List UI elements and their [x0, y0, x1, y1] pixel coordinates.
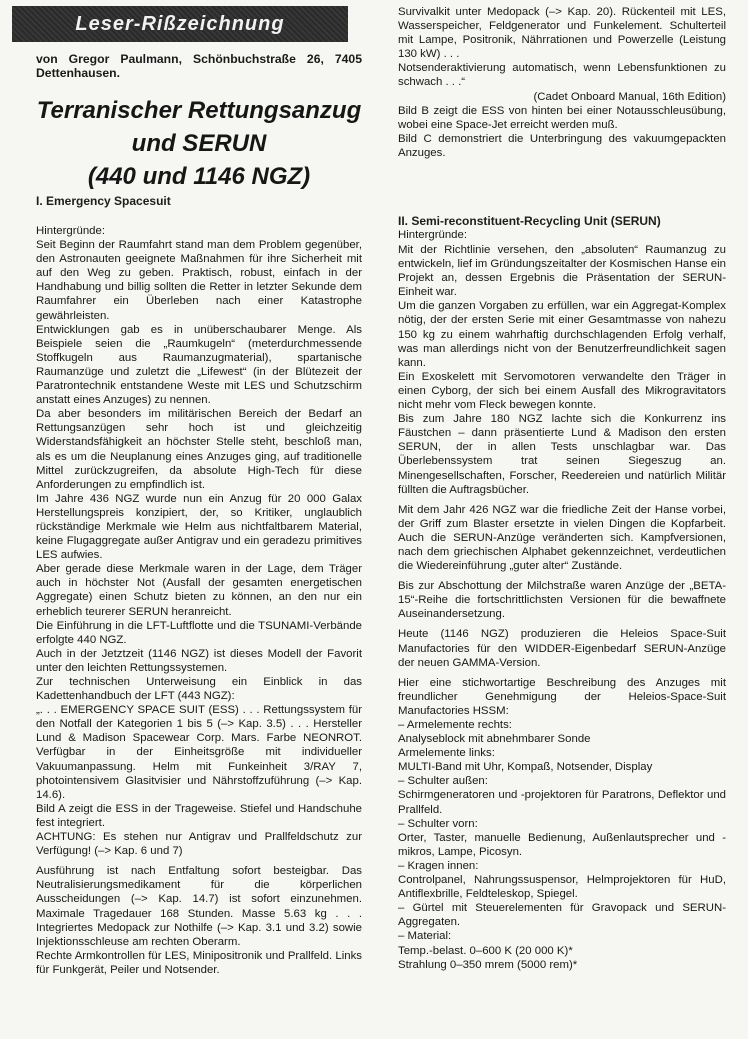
paragraph: Hintergründe:: [36, 224, 362, 238]
spec-line: Temp.-belast. 0–600 K (20 000 K)*: [398, 944, 726, 958]
spec-line: MULTI-Band mit Uhr, Kompaß, Notsender, D…: [398, 760, 726, 774]
paragraph: Survivalkit unter Medopack (–> Kap. 20).…: [398, 5, 726, 61]
author-line: von Gregor Paulmann, Schönbuchstraße 26,…: [36, 52, 362, 80]
paragraph: ACHTUNG: Es stehen nur Antigrav und Pral…: [36, 830, 362, 858]
paragraph: Mit der Richtlinie versehen, den „absolu…: [398, 243, 726, 299]
citation: (Cadet Onboard Manual, 16th Edition): [398, 90, 726, 104]
paragraph: Ein Exoskelett mit Servomotoren verwande…: [398, 370, 726, 412]
spec-line: – Armelemente rechts:: [398, 718, 726, 732]
title-line: Terranischer Rettungsanzug: [36, 94, 362, 127]
spec-line: Orter, Taster, manuelle Bedienung, Außen…: [398, 831, 726, 859]
paragraph: Mit dem Jahr 426 NGZ war die friedliche …: [398, 503, 726, 573]
article-title: Terranischer Rettungsanzug und SERUN (44…: [36, 94, 362, 193]
spec-line: Controlpanel, Nahrungssuspensor, Helmpro…: [398, 873, 726, 901]
paragraph: Seit Beginn der Raumfahrt stand man dem …: [36, 238, 362, 323]
paragraph: Bild A zeigt die ESS in der Trageweise. …: [36, 802, 362, 830]
paragraph: Bis zum Jahre 180 NGZ lachte sich die Ko…: [398, 412, 726, 497]
right-column-continuation: Survivalkit unter Medopack (–> Kap. 20).…: [398, 5, 726, 160]
title-line: und SERUN: [36, 127, 362, 160]
section-banner: Leser-Rißzeichnung: [12, 6, 348, 42]
paragraph: Bis zur Abschottung der Milchstraße ware…: [398, 579, 726, 621]
paragraph: Zur technischen Unterweisung ein Einblic…: [36, 675, 362, 703]
spec-line: Strahlung 0–350 mrem (5000 rem)*: [398, 958, 726, 972]
magazine-page: Leser-Rißzeichnung von Gregor Paulmann, …: [0, 0, 748, 1039]
spec-line: – Schulter vorn:: [398, 817, 726, 831]
paragraph: Da aber besonders im militärischen Berei…: [36, 407, 362, 492]
paragraph: Die Einführung in die LFT-Luftflotte und…: [36, 619, 362, 647]
paragraph: Rechte Armkontrollen für LES, Minipositr…: [36, 949, 362, 977]
spec-line: Armelemente links:: [398, 746, 726, 760]
paragraph: Bild C demonstriert die Unterbringung de…: [398, 132, 726, 160]
paragraph: Aber gerade diese Merkmale waren in der …: [36, 562, 362, 618]
spec-line: Analyseblock mit abnehmbarer Sonde: [398, 732, 726, 746]
paragraph: Auch in der Jetztzeit (1146 NGZ) ist die…: [36, 647, 362, 675]
subheading: Hintergründe:: [398, 228, 726, 242]
paragraph: Ausführung ist nach Entfaltung sofort be…: [36, 864, 362, 949]
paragraph: Heute (1146 NGZ) produzieren die Heleios…: [398, 627, 726, 669]
paragraph: Hier eine stichwortartige Beschreibung d…: [398, 676, 726, 718]
spec-line: – Kragen innen:: [398, 859, 726, 873]
spec-line: – Gürtel mit Steuerelementen für Gravopa…: [398, 901, 726, 929]
section-heading-2: II. Semi-reconstituent-Recycling Unit (S…: [398, 214, 726, 228]
paragraph: „. . . EMERGENCY SPACE SUIT (ESS) . . . …: [36, 703, 362, 802]
section-heading-1: I. Emergency Spacesuit: [36, 194, 171, 208]
spec-line: Schirmgeneratoren und -projektoren für P…: [398, 788, 726, 816]
right-column-body: Mit der Richtlinie versehen, den „absolu…: [398, 243, 726, 972]
spec-line: – Schulter außen:: [398, 774, 726, 788]
paragraph: Notsenderaktivierung automatisch, wenn L…: [398, 61, 726, 89]
section-2-header: II. Semi-reconstituent-Recycling Unit (S…: [398, 214, 726, 242]
paragraph: Im Jahre 436 NGZ wurde nun ein Anzug für…: [36, 492, 362, 562]
left-column-body: Hintergründe: Seit Beginn der Raumfahrt …: [36, 224, 362, 977]
spec-line: – Material:: [398, 929, 726, 943]
paragraph: Um die ganzen Vorgaben zu erfüllen, war …: [398, 299, 726, 369]
title-line: (440 und 1146 NGZ): [36, 160, 362, 193]
paragraph: Entwicklungen gab es in unüberschaubarer…: [36, 323, 362, 408]
paragraph: Bild B zeigt die ESS von hinten bei eine…: [398, 104, 726, 132]
